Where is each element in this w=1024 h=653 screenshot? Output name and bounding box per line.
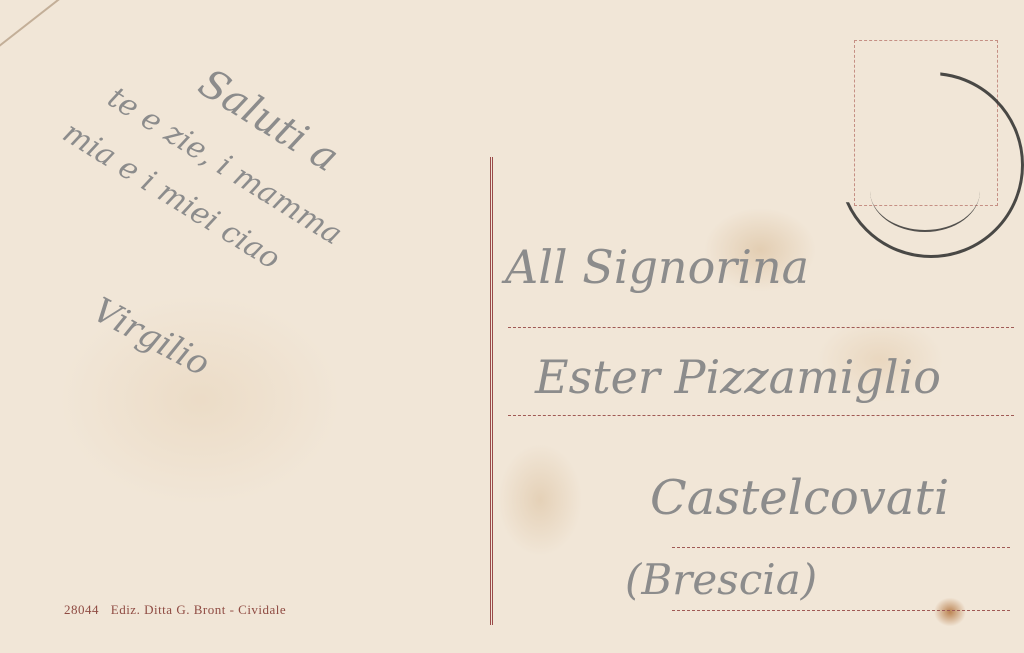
address-line-4: (Brescia) (625, 555, 817, 604)
address-line-2: Ester Pizzamiglio (535, 350, 941, 404)
imprint-publisher: Ediz. Ditta G. Bront - Cividale (111, 602, 286, 617)
address-line-3: Castelcovati (650, 470, 949, 526)
address-rule-4 (672, 610, 1010, 611)
postcard-back: Saluti a te e zie, i mamma mia e i miei … (0, 0, 1024, 653)
message-signature: Virgilio (86, 290, 216, 384)
imprint-number: 28044 (64, 602, 99, 617)
address-line-1: All Signorina (505, 240, 809, 294)
address-rule-3 (672, 547, 1010, 548)
address-rule-2 (508, 415, 1014, 416)
paper-crease (0, 0, 146, 62)
center-divider (490, 157, 493, 625)
address-rule-1 (508, 327, 1014, 328)
postmark-arc (870, 150, 980, 232)
publisher-imprint: 28044 Ediz. Ditta G. Bront - Cividale (64, 602, 294, 618)
